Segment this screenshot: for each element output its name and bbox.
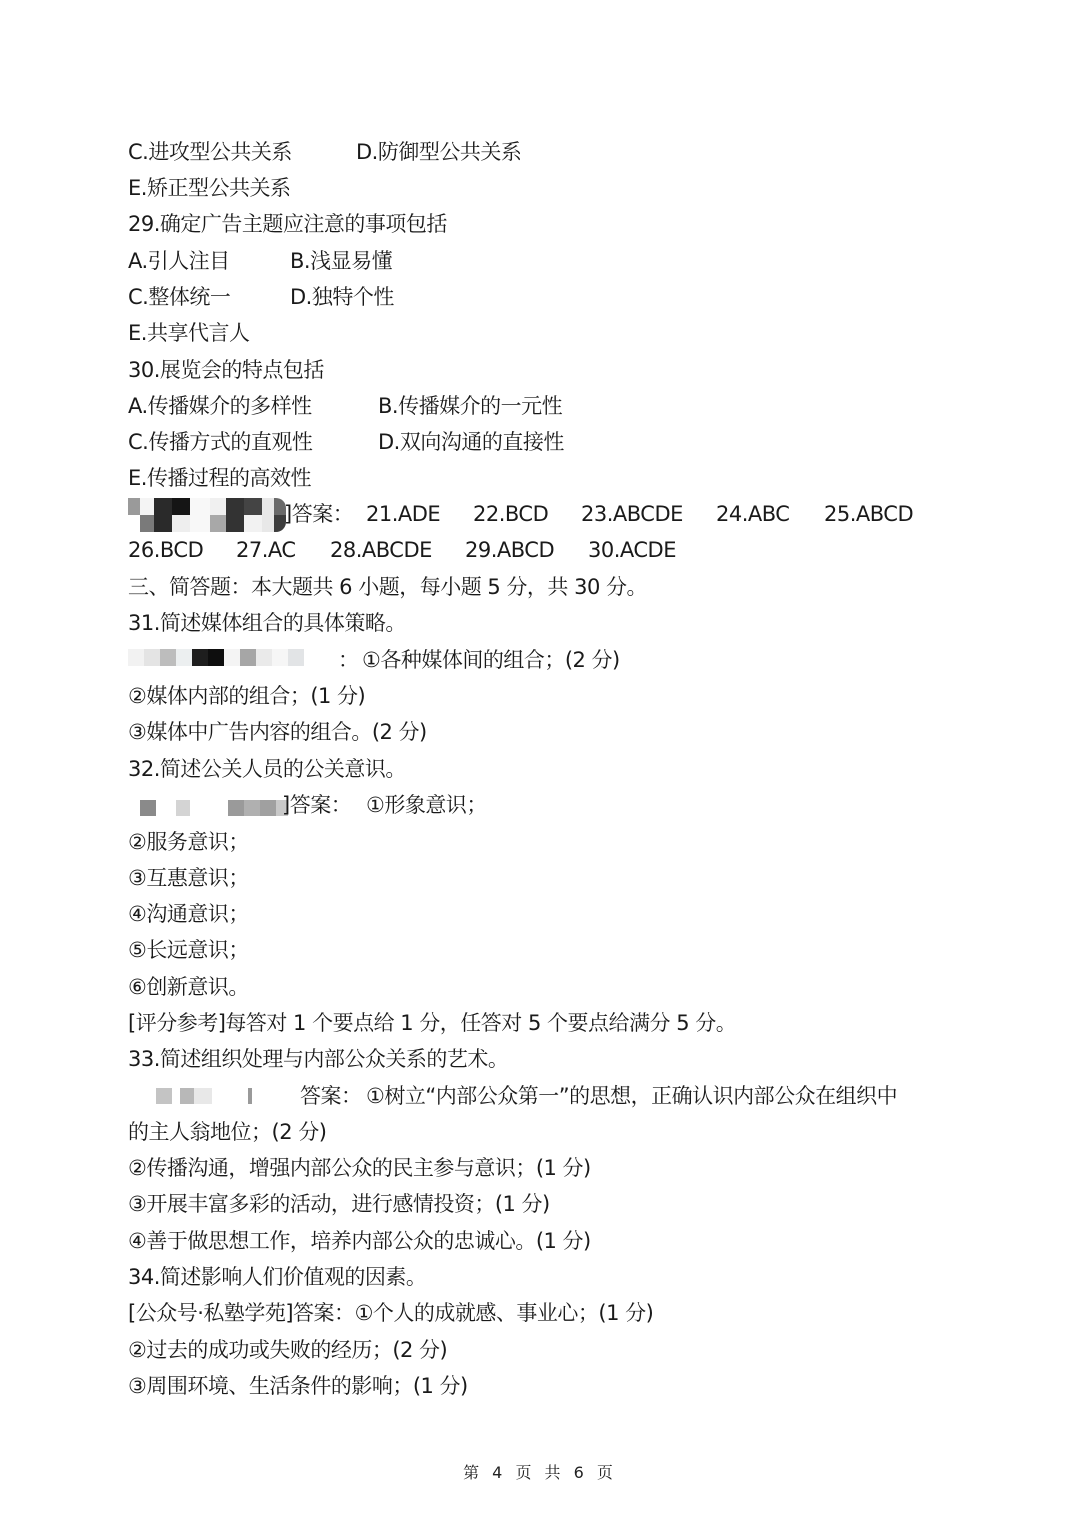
q29-option-b: B.浅显易懂 [290, 246, 392, 276]
mc-answer: 25.ABCD [824, 499, 913, 529]
q28-option-c: C.进攻型公共关系 [128, 137, 292, 167]
q34-stem: 34.简述影响人们价值观的因素。 [128, 1262, 426, 1292]
q33-answer-prefix: 答案： [300, 1081, 362, 1111]
q34-answer-prefix: [公众号·私塾学苑]答案： [128, 1301, 355, 1325]
q28-option-e: E.矫正型公共关系 [128, 173, 290, 203]
q32-point-1: ①形象意识； [366, 790, 487, 820]
q34-answer-line1: [公众号·私塾学苑]答案：①个人的成就感、事业心；(1 分) [128, 1298, 653, 1328]
q29-option-e: E.共享代言人 [128, 318, 249, 348]
q33-point-1: ①树立“内部公众第一”的思想，正确认识内部公众在组织中 [366, 1081, 897, 1111]
section3-heading: 三、简答题：本大题共 6 小题，每小题 5 分，共 30 分。 [128, 572, 647, 602]
q32-point-2: ②服务意识； [128, 827, 249, 857]
q32-answer-prefix: ]答案： [282, 790, 351, 820]
q30-option-e: E.传播过程的高效性 [128, 463, 311, 493]
q34-point-3: ③周围环境、生活条件的影响；(1 分) [128, 1371, 468, 1401]
mc-answer: 28.ABCDE [330, 535, 432, 565]
q33-point-3: ③开展丰富多彩的活动，进行感情投资；(1 分) [128, 1189, 550, 1219]
mc-answer: 22.BCD [473, 499, 548, 529]
redaction-mosaic [128, 498, 286, 532]
q30-option-c: C.传播方式的直观性 [128, 427, 312, 457]
q28-option-d: D.防御型公共关系 [356, 137, 521, 167]
q31-point-1: ①各种媒体间的组合；(2 分) [362, 645, 620, 675]
q33-point-1-cont: 的主人翁地位；(2 分) [128, 1117, 326, 1147]
redaction-mosaic [156, 1088, 252, 1104]
q34-point-1: ①个人的成就感、事业心；(1 分) [355, 1301, 654, 1325]
q32-scoring-note: [评分参考]每答对 1 个要点给 1 分，任答对 5 个要点给满分 5 分。 [128, 1008, 736, 1038]
redaction-mosaic [140, 800, 288, 816]
mc-answer: 21.ADE [366, 499, 440, 529]
q31-point-3: ③媒体中广告内容的组合。(2 分) [128, 717, 427, 747]
mc-answer: 23.ABCDE [581, 499, 683, 529]
q33-point-4: ④善于做思想工作，培养内部公众的忠诚心。(1 分) [128, 1226, 591, 1256]
q32-stem: 32.简述公关人员的公关意识。 [128, 754, 406, 784]
q29-option-c: C.整体统一 [128, 282, 230, 312]
q32-point-5: ⑤长远意识； [128, 935, 249, 965]
q32-point-4: ④沟通意识； [128, 899, 249, 929]
q33-stem: 33.简述组织处理与内部公众关系的艺术。 [128, 1044, 508, 1074]
q30-option-d: D.双向沟通的直接性 [378, 427, 564, 457]
mc-answer: 26.BCD [128, 535, 203, 565]
q32-point-6: ⑥创新意识。 [128, 972, 249, 1002]
q29-option-a: A.引人注目 [128, 246, 230, 276]
page-number-footer: 第 4 页 共 6 页 [0, 1460, 1080, 1483]
mc-answer: 27.AC [236, 535, 296, 565]
q34-point-2: ②过去的成功或失败的经历；(2 分) [128, 1335, 447, 1365]
mc-answer: 24.ABC [716, 499, 789, 529]
q30-option-b: B.传播媒介的一元性 [378, 391, 562, 421]
q30-option-a: A.传播媒介的多样性 [128, 391, 312, 421]
redaction-mosaic [128, 649, 304, 666]
q29-option-d: D.独特个性 [290, 282, 394, 312]
q31-stem: 31.简述媒体组合的具体策略。 [128, 608, 406, 638]
mc-answers-prefix: ]答案： [284, 499, 353, 529]
q31-point-2: ②媒体内部的组合；(1 分) [128, 681, 365, 711]
q33-point-2: ②传播沟通，增强内部公众的民主参与意识；(1 分) [128, 1153, 591, 1183]
exam-answer-page: C.进攻型公共关系 D.防御型公共关系 E.矫正型公共关系 29.确定广告主题应… [0, 0, 1080, 1527]
q32-point-3: ③互惠意识； [128, 863, 249, 893]
q31-answer-prefix: ： [338, 645, 359, 675]
mc-answer: 30.ACDE [588, 535, 676, 565]
q29-stem: 29.确定广告主题应注意的事项包括 [128, 209, 447, 239]
mc-answer: 29.ABCD [465, 535, 554, 565]
q30-stem: 30.展览会的特点包括 [128, 355, 324, 385]
